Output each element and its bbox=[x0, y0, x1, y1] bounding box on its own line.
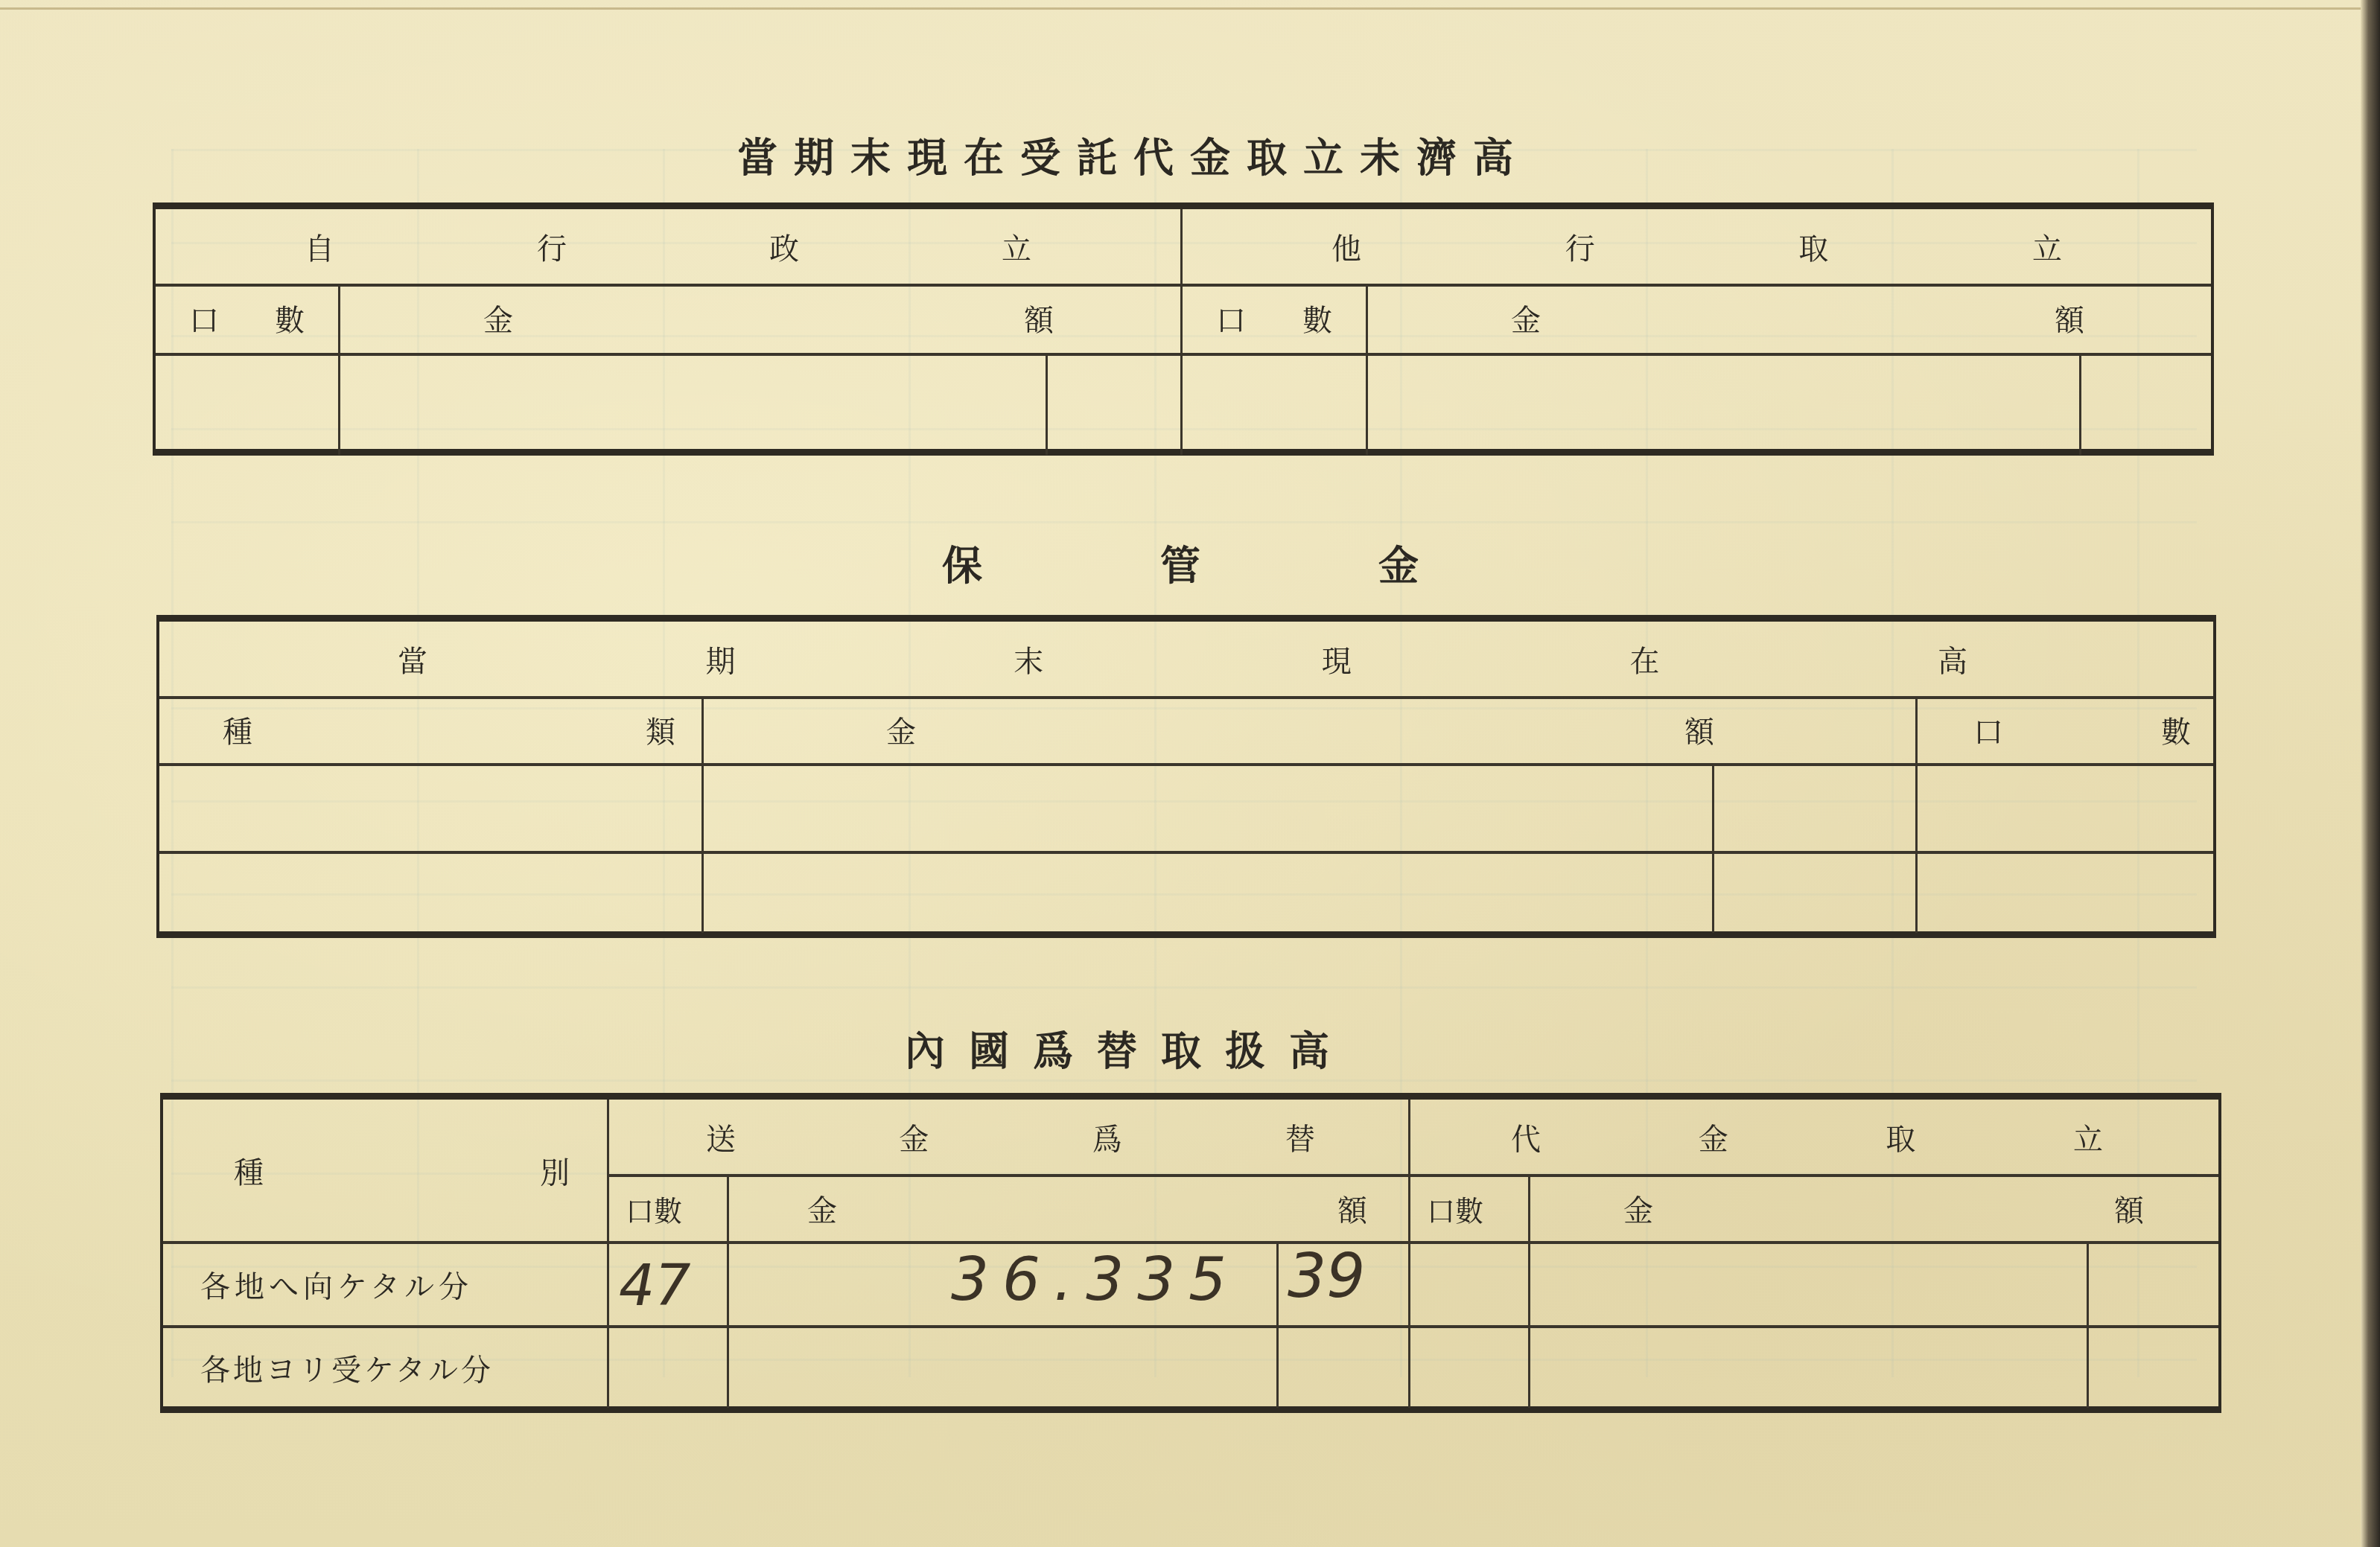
header-char: 在 bbox=[1629, 638, 1659, 680]
header-char: 額 bbox=[1337, 1187, 1367, 1230]
title-char: 保 bbox=[942, 535, 982, 592]
header-char: 爲 bbox=[1092, 1116, 1122, 1158]
remit-sen-value[interactable]: 39 bbox=[1288, 1241, 1365, 1312]
right-yen-value[interactable] bbox=[1366, 355, 2079, 455]
collection-header: 代 金 取 立 bbox=[1410, 1100, 2218, 1174]
collect-sen-value[interactable] bbox=[2089, 1327, 2218, 1408]
header-char: 行 bbox=[1565, 226, 1595, 268]
domestic-exchange-table: 種 別 送 金 爲 替 代 金 取 立 口數 金 額 口數 金 額 各地へ向ケタ… bbox=[160, 1093, 2221, 1413]
header-char: 政 bbox=[769, 226, 799, 268]
header-char: 數 bbox=[275, 297, 305, 339]
header-char: 現 bbox=[1322, 638, 1352, 680]
left-count-header: 口 數 bbox=[156, 284, 338, 353]
page-top-edge bbox=[0, 7, 2364, 10]
count-value[interactable] bbox=[1918, 854, 2213, 933]
header-char: 額 bbox=[1024, 297, 1054, 339]
header-char: 額 bbox=[2055, 297, 2084, 339]
header-label: 口數 bbox=[626, 1188, 682, 1229]
header-char: 取 bbox=[1886, 1116, 1915, 1158]
yen-value[interactable] bbox=[704, 765, 1712, 851]
header-char: 口 bbox=[1973, 709, 2003, 751]
header-char: 金 bbox=[886, 709, 916, 751]
header-char: 立 bbox=[2073, 1116, 2103, 1158]
header-char: 取 bbox=[1798, 226, 1828, 268]
header-char: 他 bbox=[1331, 226, 1361, 268]
right-count-value[interactable] bbox=[1183, 355, 1366, 455]
collect-yen-value[interactable] bbox=[1530, 1243, 2087, 1325]
sen-value[interactable] bbox=[1714, 854, 1915, 933]
sen-value[interactable] bbox=[1714, 765, 1915, 851]
header-char: 數 bbox=[1302, 297, 1332, 339]
section2-title: 保 管 金 bbox=[942, 535, 1419, 592]
header-char: 數 bbox=[2161, 709, 2191, 751]
header-char: 高 bbox=[1938, 638, 1967, 680]
left-count-value[interactable] bbox=[156, 355, 338, 455]
collect-sen-value[interactable] bbox=[2089, 1243, 2218, 1325]
remit-amount-header: 金 額 bbox=[729, 1176, 1408, 1241]
type-value[interactable] bbox=[159, 765, 701, 851]
category-value: 各地へ向ケタル分 bbox=[163, 1243, 607, 1325]
category-value: 各地ヨリ受ケタル分 bbox=[163, 1327, 607, 1408]
header-char: 金 bbox=[483, 297, 513, 339]
header-char: 額 bbox=[1684, 709, 1714, 751]
header-char: 金 bbox=[1511, 297, 1541, 339]
header-char: 期 bbox=[706, 638, 736, 680]
right-count-header: 口 數 bbox=[1183, 284, 1366, 353]
header-char: 金 bbox=[1623, 1187, 1653, 1230]
section3-title: 內國爲替取扱高 bbox=[905, 1020, 1353, 1077]
header-char: 末 bbox=[1014, 638, 1043, 680]
header-char: 別 bbox=[540, 1149, 570, 1192]
header-label: 口數 bbox=[1427, 1188, 1483, 1229]
remit-sen-value[interactable] bbox=[1279, 1327, 1408, 1408]
remit-count-value[interactable] bbox=[609, 1327, 727, 1408]
count-header: 口 數 bbox=[1918, 696, 2213, 763]
amount-header: 金 額 bbox=[704, 696, 1915, 763]
collect-count-value[interactable] bbox=[1410, 1327, 1528, 1408]
left-sen-value[interactable] bbox=[1046, 355, 1180, 455]
type-value[interactable] bbox=[159, 854, 701, 933]
remit-count-header: 口數 bbox=[609, 1176, 727, 1241]
header-char: 替 bbox=[1285, 1116, 1315, 1158]
header-char: 額 bbox=[2114, 1187, 2144, 1230]
collect-amount-header: 金 額 bbox=[1530, 1176, 2218, 1241]
header-char: 立 bbox=[1002, 226, 1031, 268]
yen-value[interactable] bbox=[704, 854, 1712, 933]
header-char: 類 bbox=[646, 709, 675, 751]
outstanding-collections-table: 自 行 政 立 口 數 金 額 他 行 取 立 口 數 金 額 bbox=[153, 202, 2214, 456]
right-sen-value[interactable] bbox=[2081, 355, 2211, 455]
count-value[interactable] bbox=[1918, 765, 2213, 851]
header-char: 金 bbox=[899, 1116, 929, 1158]
remit-count-value[interactable]: 47 bbox=[619, 1252, 691, 1318]
collect-yen-value[interactable] bbox=[1530, 1327, 2087, 1408]
custody-deposits-table: 當 期 末 現 在 高 種 類 金 額 口 數 bbox=[156, 615, 2216, 938]
title-char: 金 bbox=[1378, 535, 1419, 592]
binding-edge bbox=[2361, 0, 2380, 1547]
remit-yen-value[interactable] bbox=[729, 1327, 1276, 1408]
header-char: 送 bbox=[706, 1116, 736, 1158]
header-char: 立 bbox=[2032, 226, 2062, 268]
header-char: 種 bbox=[234, 1149, 264, 1192]
header-char: 行 bbox=[537, 226, 567, 268]
left-yen-value[interactable] bbox=[338, 355, 1046, 455]
header-char: 代 bbox=[1511, 1116, 1541, 1158]
header-char: 金 bbox=[1699, 1116, 1728, 1158]
title-char: 管 bbox=[1160, 535, 1200, 592]
collect-count-value[interactable] bbox=[1410, 1243, 1528, 1325]
header-char: 種 bbox=[223, 709, 252, 751]
left-amount-header: 金 額 bbox=[338, 284, 1180, 353]
collect-count-header: 口數 bbox=[1410, 1176, 1528, 1241]
remit-yen-value[interactable]: 36.335 bbox=[951, 1245, 1240, 1314]
period-end-header: 當 期 末 現 在 高 bbox=[159, 622, 2213, 696]
header-char: 自 bbox=[305, 226, 334, 268]
header-char: 口 bbox=[1216, 297, 1246, 339]
header-char: 當 bbox=[398, 638, 427, 680]
remittance-header: 送 金 爲 替 bbox=[609, 1100, 1408, 1174]
type-header: 種 類 bbox=[159, 696, 701, 763]
section1-title: 當期末現在受託代金取立未濟高 bbox=[737, 127, 1530, 184]
header-char: 口 bbox=[189, 297, 219, 339]
right-amount-header: 金 額 bbox=[1366, 284, 2211, 353]
right-group-header: 他 行 取 立 bbox=[1183, 209, 2211, 284]
category-header: 種 別 bbox=[163, 1100, 607, 1241]
left-group-header: 自 行 政 立 bbox=[156, 209, 1180, 284]
header-char: 金 bbox=[807, 1187, 837, 1230]
